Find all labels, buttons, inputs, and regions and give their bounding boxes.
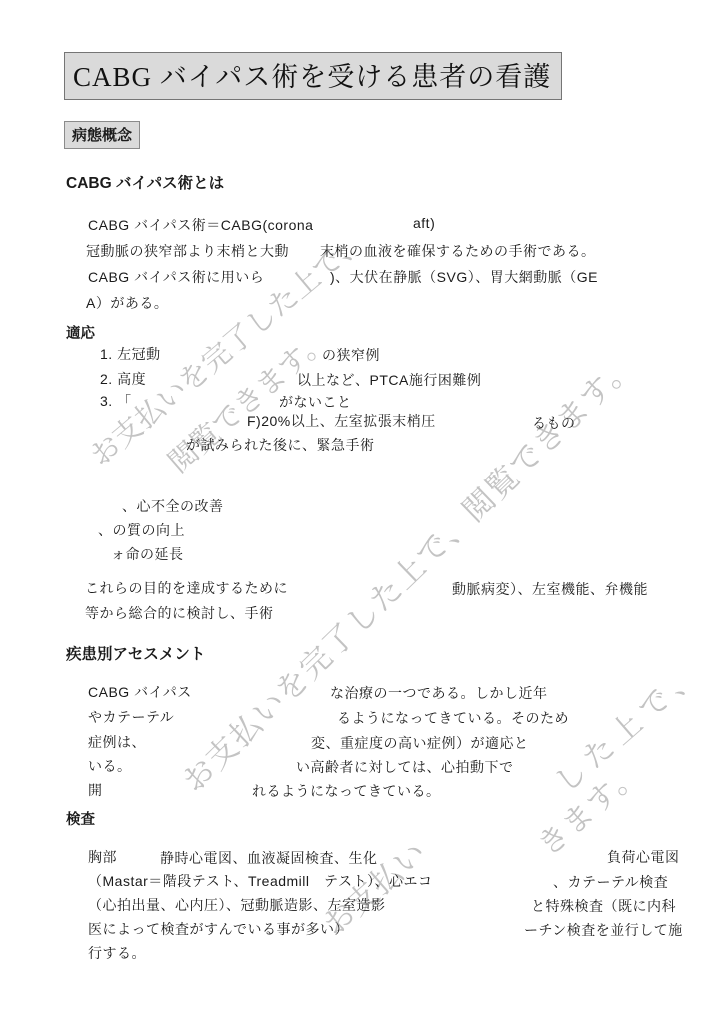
text-segment: CABG バイパス <box>88 682 192 702</box>
heading-assessment: 疾患別アセスメント <box>66 642 205 664</box>
text-segment: い高齢者に対しては、心拍動下で <box>296 757 514 777</box>
heading-intro: CABG バイパス術とは <box>66 171 224 193</box>
text-segment: 以上など、PTCA施行困難例 <box>297 370 481 390</box>
list-item: 2. 高度 <box>100 369 146 389</box>
text-segment: るようになってきている。そのため <box>337 708 569 728</box>
text-segment: が試みられた後に、緊急手術 <box>186 435 375 455</box>
text-segment: 医によって検査がすんでいる事が多い） <box>88 919 349 939</box>
text-segment: 末梢の血液を確保するための手術である。 <box>320 241 596 261</box>
text-segment: A）がある。 <box>86 293 168 313</box>
list-item: 3. 「 <box>100 391 132 411</box>
text-segment: 動脈病変）、左室機能、弁機能 <box>452 579 648 599</box>
text-segment: （心拍出量、心内圧）、冠動脈造影、左室造影 <box>88 895 386 915</box>
text-segment: れるようになってきている。 <box>252 781 441 801</box>
list-item: 1. 左冠動 <box>100 344 161 364</box>
text-segment: やカテーテル <box>88 707 174 727</box>
document-page: お支払いを完了した上で、 閲覧できます。 お支払いを完了した上で、閲覧できます。… <box>0 0 724 1024</box>
text-segment: ーチン検査を並行して施 <box>524 920 683 940</box>
text-segment: )、大伏在静脈（SVG）、胃大網動脈（GE <box>330 267 598 287</box>
text-segment: がないこと <box>279 392 352 412</box>
text-segment: 開 <box>88 780 103 800</box>
document-title: CABG バイパス術を受ける患者の看護 <box>64 52 562 100</box>
text-segment: CABG バイパス術に用いら <box>88 267 264 287</box>
text-segment: aft) <box>413 215 435 231</box>
text-segment: るもの <box>532 413 576 433</box>
text-segment: 、カテーテル検査 <box>553 872 668 892</box>
text-segment: 症例は、 <box>88 732 146 752</box>
text-segment: 変、重症度の高い症例）が適応と <box>311 733 529 753</box>
text-segment: 等から総合的に検討し、手術 <box>85 603 274 623</box>
text-segment: と特殊検査（既に内科 <box>531 896 676 916</box>
goal-line: 、心不全の改善 <box>122 496 224 516</box>
heading-examination: 検査 <box>66 808 95 829</box>
text-segment: （Mastar＝階段テスト、Treadmill テスト）、心エコ <box>88 871 432 891</box>
text-segment: F)20%以上、左室拡張末梢圧 <box>247 411 436 431</box>
text-segment: 負荷心電図 <box>607 847 680 867</box>
text-segment: 胸部 <box>88 847 117 867</box>
text-segment: の狭窄例 <box>322 345 380 365</box>
text-segment: 冠動脈の狭窄部より末梢と大動 <box>86 241 289 261</box>
heading-indication: 適応 <box>66 322 95 343</box>
text-segment: な治療の一つである。しかし近年 <box>330 683 548 703</box>
text-segment: いる。 <box>88 756 132 776</box>
text-segment: これらの目的を達成するために <box>85 578 288 598</box>
goal-line: 、の質の向上 <box>98 520 185 540</box>
text-segment: CABG バイパス術＝CABG(corona <box>88 215 313 235</box>
section-badge: 病態概念 <box>64 121 140 149</box>
goal-line: ォ命の延長 <box>111 544 184 564</box>
text-segment: 行する。 <box>88 943 146 963</box>
text-segment: 静時心電図、血液凝固検査、生化 <box>160 848 378 868</box>
